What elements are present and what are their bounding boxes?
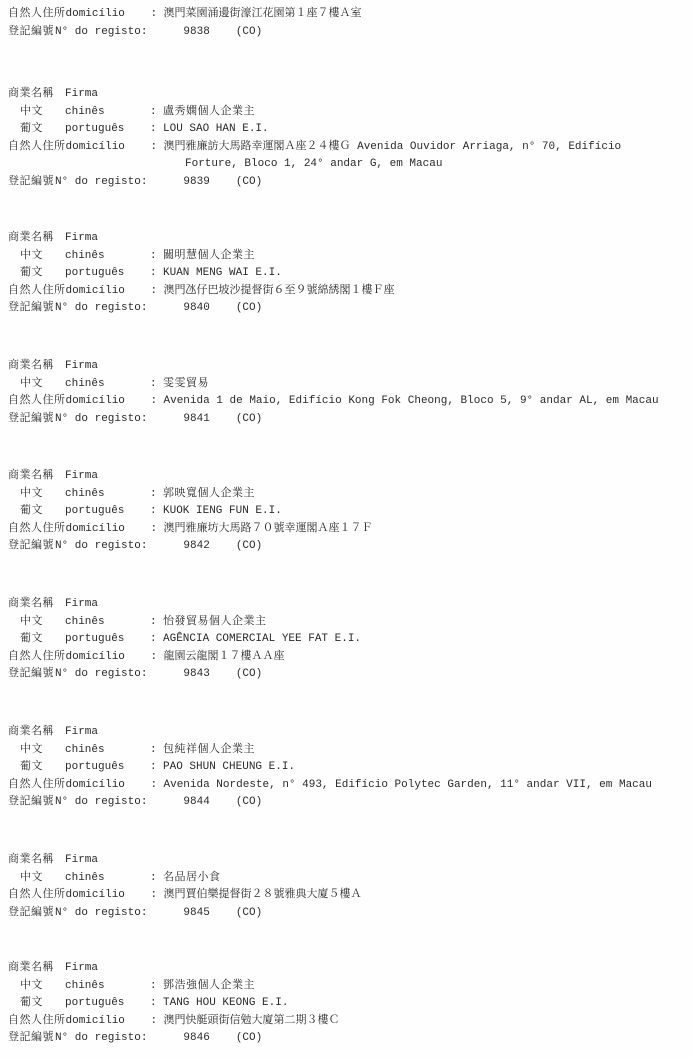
- colon-separator: :: [150, 995, 163, 1013]
- colon-separator: :: [151, 139, 164, 157]
- portuguese-label-zh: 葡文: [8, 503, 65, 521]
- colon-separator: :: [151, 6, 164, 24]
- address-row: 自然人住所domicílio:澳門雅廉訪大馬路幸運閣Ａ座２４樓Ｇ Avenida…: [8, 139, 690, 157]
- registry-number-row: 登記編號N° do registo:9842(CO): [8, 538, 690, 556]
- registry-label-zh: 登記編號: [8, 905, 55, 923]
- firma-label-zh: 商業名稱: [8, 230, 65, 248]
- registry-entry: 商業名稱Firma中文chinês:郭映寬個人企業主葡文português:KU…: [8, 468, 690, 556]
- registry-label-zh: 登記編號: [8, 666, 55, 684]
- firma-label-pt: Firma: [65, 960, 150, 978]
- firma-label-pt: Firma: [65, 852, 150, 870]
- registry-label-pt: N° do registo:: [55, 174, 147, 192]
- address-continuation-row: Forture, Bloco 1, 24° andar G, em Macau: [8, 156, 690, 174]
- colon-separator: :: [150, 265, 163, 283]
- chinese-label-zh: 中文: [8, 104, 65, 122]
- chinese-label-zh: 中文: [8, 248, 65, 266]
- firma-label-zh: 商業名稱: [8, 724, 65, 742]
- address-value: Avenida 1 de Maio, Edifício Kong Fok Che…: [164, 393, 691, 411]
- chinese-label-zh: 中文: [8, 742, 65, 760]
- chinese-label-pt: chinês: [65, 614, 150, 632]
- firma-header-row: 商業名稱Firma: [8, 468, 690, 486]
- portuguese-name-row: 葡文português:PAO SHUN CHEUNG E.I.: [8, 759, 690, 777]
- colon-separator: :: [150, 503, 163, 521]
- registry-entry: 商業名稱Firma中文chinês:怡發貿易個人企業主葡文português:A…: [8, 596, 690, 684]
- chinese-name-value: 名品居小食: [163, 870, 690, 888]
- portuguese-label-pt: português: [65, 759, 150, 777]
- colon-separator: :: [150, 248, 163, 266]
- registry-number-row: 登記編號N° do registo:9841(CO): [8, 411, 690, 429]
- address-label-pt: domicílio: [66, 777, 151, 795]
- address-label-zh: 自然人住所: [8, 521, 66, 539]
- registry-number-row: 登記編號N° do registo:9838(CO): [8, 24, 690, 42]
- chinese-name-value: 怡發貿易個人企業主: [163, 614, 690, 632]
- colon-separator: :: [151, 649, 164, 667]
- address-label-pt: domicílio: [66, 139, 151, 157]
- chinese-label-zh: 中文: [8, 376, 65, 394]
- registry-number-row: 登記編號N° do registo:9846(CO): [8, 1030, 690, 1048]
- chinese-name-row: 中文chinês:包純祥個人企業主: [8, 742, 690, 760]
- chinese-name-row: 中文chinês:郭映寬個人企業主: [8, 486, 690, 504]
- chinese-name-value: 包純祥個人企業主: [163, 742, 690, 760]
- chinese-label-zh: 中文: [8, 978, 65, 996]
- registry-type-code: (CO): [236, 1030, 262, 1048]
- colon-separator: :: [151, 887, 164, 905]
- firma-header-row: 商業名稱Firma: [8, 358, 690, 376]
- colon-separator: :: [150, 486, 163, 504]
- registry-number-row: 登記編號N° do registo:9843(CO): [8, 666, 690, 684]
- firma-label-pt: Firma: [65, 468, 150, 486]
- portuguese-label-zh: 葡文: [8, 995, 65, 1013]
- address-label-pt: domicílio: [66, 6, 151, 24]
- portuguese-label-zh: 葡文: [8, 265, 65, 283]
- address-value: 澳門菜園涌邊街濠江花園第１座７樓Ａ室: [164, 6, 691, 24]
- address-value: 龍園云龍閣１７樓ＡＡ座: [164, 649, 691, 667]
- registry-label-pt: N° do registo:: [55, 24, 147, 42]
- firma-header-row: 商業名稱Firma: [8, 230, 690, 248]
- address-label-zh: 自然人住所: [8, 777, 66, 795]
- address-label-zh: 自然人住所: [8, 1013, 66, 1031]
- address-row: 自然人住所domicílio:澳門氹仔巴坡沙提督街６至９號綿綉閣１樓Ｆ座: [8, 283, 690, 301]
- address-label-zh: 自然人住所: [8, 887, 66, 905]
- chinese-label-pt: chinês: [65, 486, 150, 504]
- colon-separator: :: [150, 870, 163, 888]
- portuguese-name-row: 葡文português:AGÊNCIA COMERCIAL YEE FAT E.…: [8, 631, 690, 649]
- address-row: 自然人住所domicílio:澳門菜園涌邊街濠江花園第１座７樓Ａ室: [8, 6, 690, 24]
- registry-label-pt: N° do registo:: [55, 1030, 147, 1048]
- registry-number-value: 9846: [183, 1030, 209, 1048]
- registry-entry: 自然人住所domicílio:澳門菜園涌邊街濠江花園第１座７樓Ａ室登記編號N° …: [8, 6, 690, 41]
- registry-label-pt: N° do registo:: [55, 538, 147, 556]
- address-label-pt: domicílio: [66, 393, 151, 411]
- firma-label-pt: Firma: [65, 724, 150, 742]
- chinese-name-value: 鄧浩強個人企業主: [163, 978, 690, 996]
- portuguese-label-pt: português: [65, 631, 150, 649]
- colon-separator: :: [151, 283, 164, 301]
- address-row: 自然人住所domicílio:澳門快艇頭街信勉大廈第二期３樓Ｃ: [8, 1013, 690, 1031]
- colon-separator: :: [151, 521, 164, 539]
- chinese-label-pt: chinês: [65, 376, 150, 394]
- registry-type-code: (CO): [236, 411, 262, 429]
- firma-header-row: 商業名稱Firma: [8, 86, 690, 104]
- address-label-pt: domicílio: [66, 649, 151, 667]
- registry-label-zh: 登記編號: [8, 1030, 55, 1048]
- chinese-label-pt: chinês: [65, 104, 150, 122]
- firma-label-zh: 商業名稱: [8, 468, 65, 486]
- address-label-pt: domicílio: [66, 887, 151, 905]
- registry-type-code: (CO): [236, 300, 262, 318]
- registry-type-code: (CO): [236, 24, 262, 42]
- portuguese-name-value: KUAN MENG WAI E.I.: [163, 265, 690, 283]
- registry-number-value: 9839: [183, 174, 209, 192]
- firma-label-zh: 商業名稱: [8, 596, 65, 614]
- address-row: 自然人住所domicílio:澳門賈伯樂提督街２８號雅典大廈５樓Ａ: [8, 887, 690, 905]
- firma-header-row: 商業名稱Firma: [8, 724, 690, 742]
- colon-separator: :: [150, 759, 163, 777]
- registry-number-value: 9840: [183, 300, 209, 318]
- firma-label-zh: 商業名稱: [8, 86, 65, 104]
- colon-separator: :: [151, 1013, 164, 1031]
- colon-separator: :: [150, 978, 163, 996]
- portuguese-label-zh: 葡文: [8, 759, 65, 777]
- registry-type-code: (CO): [236, 538, 262, 556]
- registry-label-pt: N° do registo:: [55, 300, 147, 318]
- address-label-zh: 自然人住所: [8, 139, 66, 157]
- portuguese-name-value: TANG HOU KEONG E.I.: [163, 995, 690, 1013]
- chinese-label-pt: chinês: [65, 978, 150, 996]
- firma-label-zh: 商業名稱: [8, 960, 65, 978]
- address-label-pt: domicílio: [66, 521, 151, 539]
- portuguese-name-value: AGÊNCIA COMERCIAL YEE FAT E.I.: [163, 631, 690, 649]
- registry-number-value: 9842: [183, 538, 209, 556]
- portuguese-label-pt: português: [65, 121, 150, 139]
- address-row: 自然人住所domicílio:龍園云龍閣１７樓ＡＡ座: [8, 649, 690, 667]
- firma-label-pt: Firma: [65, 358, 150, 376]
- registry-label-zh: 登記編號: [8, 794, 55, 812]
- registry-number-row: 登記編號N° do registo:9845(CO): [8, 905, 690, 923]
- registry-label-pt: N° do registo:: [55, 411, 147, 429]
- registry-number-row: 登記編號N° do registo:9840(CO): [8, 300, 690, 318]
- registry-entry: 商業名稱Firma中文chinês:雯雯貿易自然人住所domicílio:Ave…: [8, 358, 690, 428]
- chinese-name-row: 中文chinês:怡發貿易個人企業主: [8, 614, 690, 632]
- registry-label-zh: 登記編號: [8, 24, 55, 42]
- registry-label-pt: N° do registo:: [55, 666, 147, 684]
- portuguese-label-pt: português: [65, 995, 150, 1013]
- chinese-name-row: 中文chinês:雯雯貿易: [8, 376, 690, 394]
- address-value: Avenida Nordeste, n° 493, Edifício Polyt…: [164, 777, 691, 795]
- chinese-name-value: 雯雯貿易: [163, 376, 690, 394]
- address-value-continued: Forture, Bloco 1, 24° andar G, em Macau: [163, 156, 690, 174]
- registry-entry: 商業名稱Firma中文chinês:名品居小食自然人住所domicílio:澳門…: [8, 852, 690, 922]
- colon-separator: :: [150, 631, 163, 649]
- colon-separator: :: [150, 614, 163, 632]
- gazette-registry-page: 自然人住所domicílio:澳門菜園涌邊街濠江花園第１座７樓Ａ室登記編號N° …: [0, 0, 692, 1059]
- colon-separator: :: [150, 104, 163, 122]
- address-value: 澳門雅廉坊大馬路７０號幸運閣Ａ座１７Ｆ: [164, 521, 691, 539]
- address-value: 澳門雅廉訪大馬路幸運閣Ａ座２４樓Ｇ Avenida Ouvidor Arriag…: [164, 139, 691, 157]
- chinese-label-zh: 中文: [8, 614, 65, 632]
- firma-label-pt: Firma: [65, 596, 150, 614]
- firma-label-pt: Firma: [65, 86, 150, 104]
- portuguese-label-zh: 葡文: [8, 121, 65, 139]
- address-value: 澳門氹仔巴坡沙提督街６至９號綿綉閣１樓Ｆ座: [164, 283, 691, 301]
- portuguese-label-pt: português: [65, 265, 150, 283]
- registry-label-zh: 登記編號: [8, 174, 55, 192]
- registry-type-code: (CO): [236, 174, 262, 192]
- portuguese-name-value: LOU SAO HAN E.I.: [163, 121, 690, 139]
- registry-type-code: (CO): [236, 666, 262, 684]
- registry-number-value: 9838: [183, 24, 209, 42]
- chinese-label-pt: chinês: [65, 870, 150, 888]
- registry-number-value: 9841: [183, 411, 209, 429]
- firma-label-zh: 商業名稱: [8, 358, 65, 376]
- registry-type-code: (CO): [236, 905, 262, 923]
- chinese-name-row: 中文chinês:盧秀嫻個人企業主: [8, 104, 690, 122]
- chinese-name-row: 中文chinês:名品居小食: [8, 870, 690, 888]
- portuguese-name-row: 葡文português:KUAN MENG WAI E.I.: [8, 265, 690, 283]
- registry-label-zh: 登記編號: [8, 411, 55, 429]
- chinese-label-zh: 中文: [8, 486, 65, 504]
- chinese-name-value: 關明慧個人企業主: [163, 248, 690, 266]
- registry-number-value: 9843: [183, 666, 209, 684]
- address-row: 自然人住所domicílio:Avenida 1 de Maio, Edifíc…: [8, 393, 690, 411]
- chinese-label-zh: 中文: [8, 870, 65, 888]
- colon-separator: :: [150, 121, 163, 139]
- registry-type-code: (CO): [236, 794, 262, 812]
- colon-separator: :: [150, 742, 163, 760]
- address-label-zh: 自然人住所: [8, 6, 66, 24]
- colon-separator: :: [151, 777, 164, 795]
- portuguese-name-row: 葡文português:KUOK IENG FUN E.I.: [8, 503, 690, 521]
- registry-entry: 商業名稱Firma中文chinês:盧秀嫻個人企業主葡文português:LO…: [8, 86, 690, 191]
- registry-entry: 商業名稱Firma中文chinês:關明慧個人企業主葡文português:KU…: [8, 230, 690, 318]
- registry-number-value: 9844: [183, 794, 209, 812]
- registry-number-row: 登記編號N° do registo:9844(CO): [8, 794, 690, 812]
- address-value: 澳門賈伯樂提督街２８號雅典大廈５樓Ａ: [164, 887, 691, 905]
- address-label-zh: 自然人住所: [8, 393, 66, 411]
- colon-separator: :: [150, 376, 163, 394]
- portuguese-name-row: 葡文português:LOU SAO HAN E.I.: [8, 121, 690, 139]
- address-label-pt: domicílio: [66, 283, 151, 301]
- chinese-label-pt: chinês: [65, 742, 150, 760]
- portuguese-label-zh: 葡文: [8, 631, 65, 649]
- firma-label-zh: 商業名稱: [8, 852, 65, 870]
- chinese-label-pt: chinês: [65, 248, 150, 266]
- chinese-name-row: 中文chinês:鄧浩強個人企業主: [8, 978, 690, 996]
- registry-entry: 商業名稱Firma中文chinês:鄧浩強個人企業主葡文português:TA…: [8, 960, 690, 1048]
- chinese-name-row: 中文chinês:關明慧個人企業主: [8, 248, 690, 266]
- colon-separator: :: [151, 393, 164, 411]
- registry-label-zh: 登記編號: [8, 538, 55, 556]
- firma-header-row: 商業名稱Firma: [8, 852, 690, 870]
- address-value: 澳門快艇頭街信勉大廈第二期３樓Ｃ: [164, 1013, 691, 1031]
- portuguese-name-value: PAO SHUN CHEUNG E.I.: [163, 759, 690, 777]
- portuguese-name-row: 葡文português:TANG HOU KEONG E.I.: [8, 995, 690, 1013]
- address-row: 自然人住所domicílio:澳門雅廉坊大馬路７０號幸運閣Ａ座１７Ｆ: [8, 521, 690, 539]
- registry-number-row: 登記編號N° do registo:9839(CO): [8, 174, 690, 192]
- address-label-zh: 自然人住所: [8, 649, 66, 667]
- registry-entry: 商業名稱Firma中文chinês:包純祥個人企業主葡文português:PA…: [8, 724, 690, 812]
- registry-number-value: 9845: [183, 905, 209, 923]
- address-row: 自然人住所domicílio:Avenida Nordeste, n° 493,…: [8, 777, 690, 795]
- address-label-zh: 自然人住所: [8, 283, 66, 301]
- firma-header-row: 商業名稱Firma: [8, 960, 690, 978]
- address-label-pt: domicílio: [66, 1013, 151, 1031]
- registry-label-pt: N° do registo:: [55, 905, 147, 923]
- registry-label-zh: 登記編號: [8, 300, 55, 318]
- firma-header-row: 商業名稱Firma: [8, 596, 690, 614]
- registry-label-pt: N° do registo:: [55, 794, 147, 812]
- portuguese-name-value: KUOK IENG FUN E.I.: [163, 503, 690, 521]
- chinese-name-value: 盧秀嫻個人企業主: [163, 104, 690, 122]
- chinese-name-value: 郭映寬個人企業主: [163, 486, 690, 504]
- portuguese-label-pt: português: [65, 503, 150, 521]
- firma-label-pt: Firma: [65, 230, 150, 248]
